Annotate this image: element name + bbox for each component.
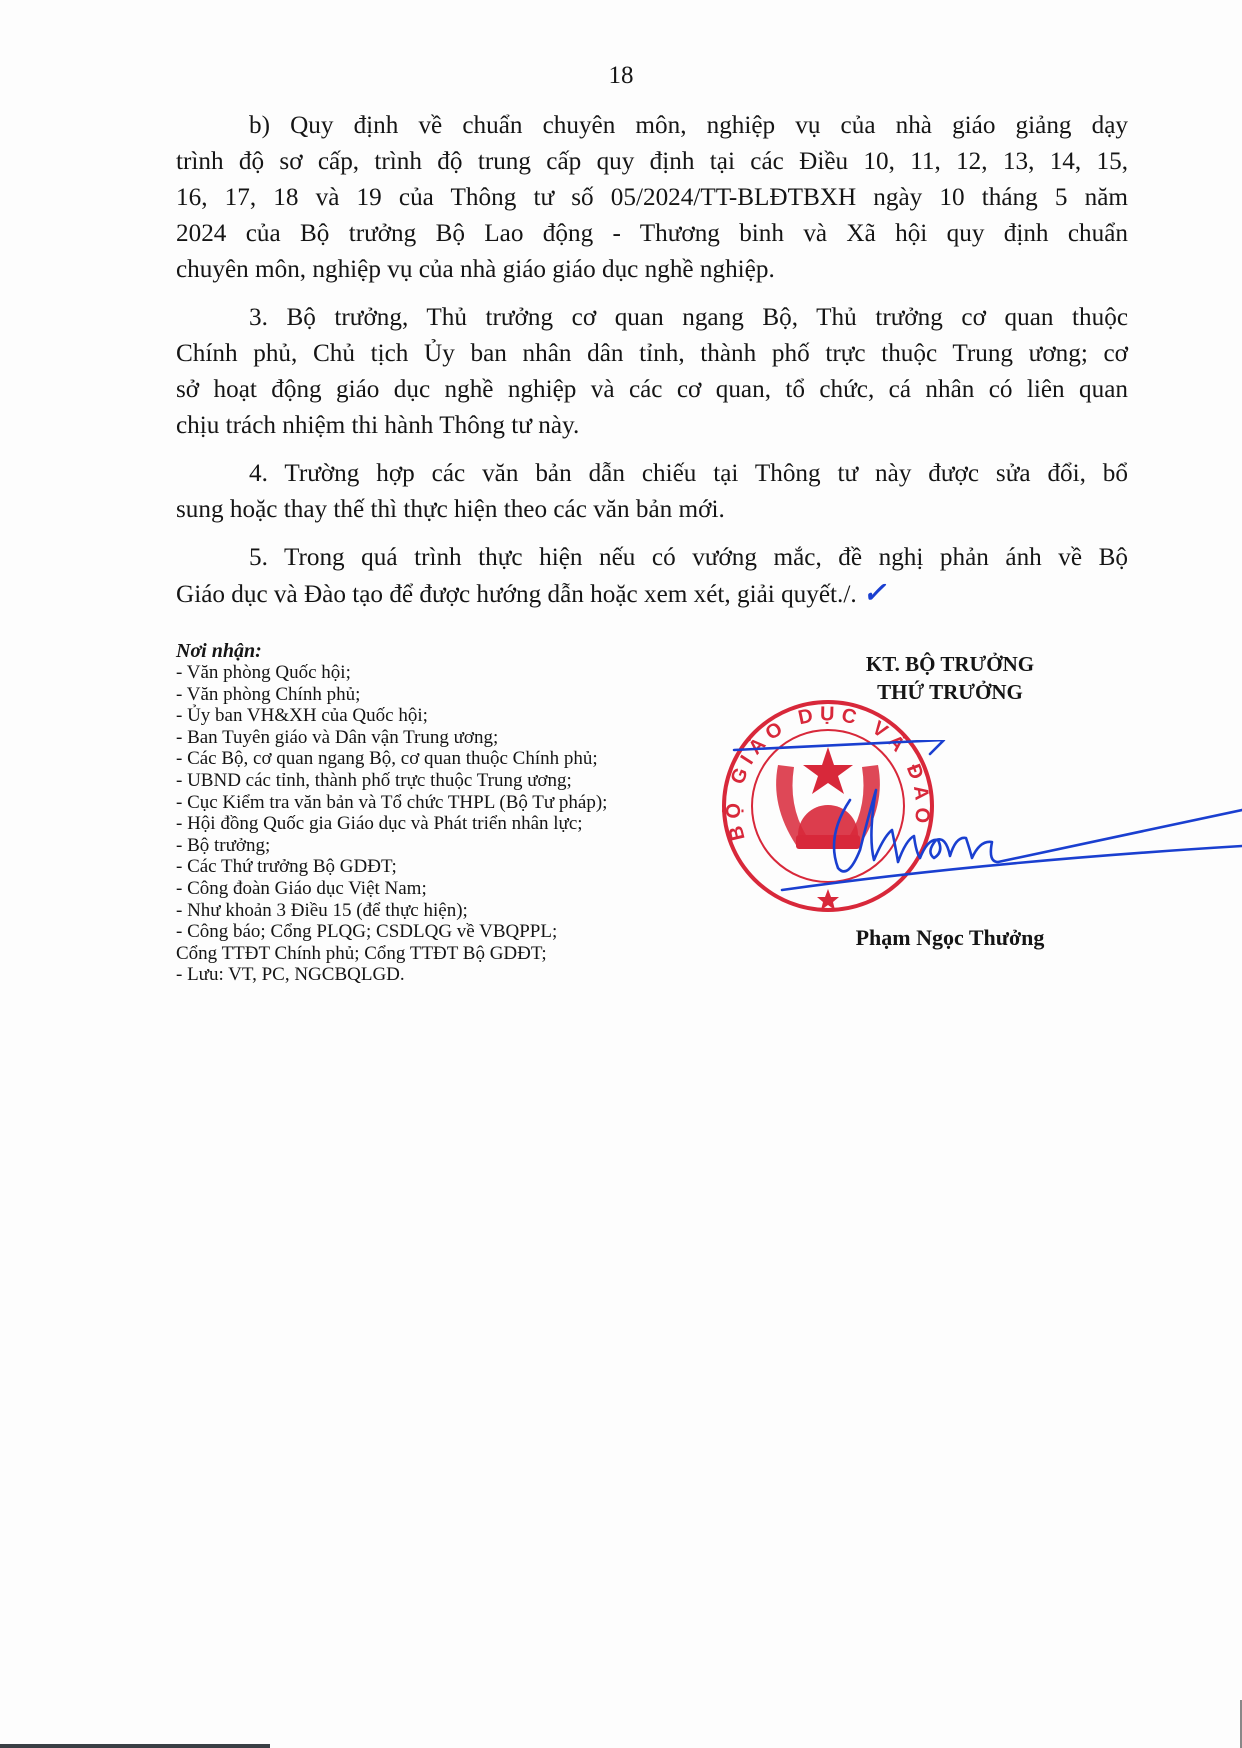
text-line: chịu trách nhiệm thi hành Thông tư này.	[176, 408, 1128, 444]
recipient-item: - Cục Kiểm tra văn bản và Tổ chức THPL (…	[176, 792, 736, 814]
text-line-content: Giáo dục và Đào tạo để được hướng dẫn ho…	[176, 581, 857, 608]
recipient-item: - Các Thứ trưởng Bộ GDĐT;	[176, 856, 736, 878]
text-line: chuyên môn, nghiệp vụ của nhà giáo giáo …	[176, 252, 1128, 288]
page-number: 18	[0, 62, 1242, 90]
recipient-item: - Các Bộ, cơ quan ngang Bộ, cơ quan thuộ…	[176, 748, 736, 770]
signature-subtitle: THỨ TRƯỞNG	[780, 678, 1120, 706]
recipient-item: - Ủy ban VH&XH của Quốc hội;	[176, 705, 736, 727]
recipient-item: - Hội đồng Quốc gia Giáo dục và Phát tri…	[176, 813, 736, 835]
text-line: 4. Trường hợp các văn bản dẫn chiếu tại …	[176, 456, 1128, 492]
paragraph-3: 3. Bộ trưởng, Thủ trưởng cơ quan ngang B…	[176, 300, 1128, 444]
text-line: 3. Bộ trưởng, Thủ trưởng cơ quan ngang B…	[176, 300, 1128, 336]
text-line: 2024 của Bộ trưởng Bộ Lao động - Thương …	[176, 216, 1128, 252]
recipient-item: - Ban Tuyên giáo và Dân vận Trung ương;	[176, 727, 736, 749]
text-line: Giáo dục và Đào tạo để được hướng dẫn ho…	[176, 576, 1128, 613]
recipients-list: Nơi nhận: - Văn phòng Quốc hội;- Văn phò…	[176, 640, 736, 986]
text-line: trình độ sơ cấp, trình độ trung cấp quy …	[176, 144, 1128, 180]
signature-title: KT. BỘ TRƯỞNG	[780, 650, 1120, 678]
paragraph-5: 5. Trong quá trình thực hiện nếu có vướn…	[176, 540, 1128, 613]
recipient-item: - Lưu: VT, PC, NGCBQLGD.	[176, 964, 736, 986]
text-line: sở hoạt động giáo dục nghề nghiệp và các…	[176, 372, 1128, 408]
checkmark-icon: ✓	[863, 578, 886, 609]
document-body: b) Quy định về chuẩn chuyên môn, nghiệp …	[176, 108, 1128, 625]
recipient-item: - Công báo; Cổng PLQG; CSDLQG về VBQPPL;	[176, 921, 736, 943]
recipients-title: Nơi nhận:	[176, 640, 736, 662]
recipient-items: - Văn phòng Quốc hội;- Văn phòng Chính p…	[176, 662, 736, 986]
recipient-item: - Công đoàn Giáo dục Việt Nam;	[176, 878, 736, 900]
recipient-item: - Như khoản 3 Điều 15 (để thực hiện);	[176, 900, 736, 922]
scan-edge-artifact	[0, 1744, 270, 1748]
recipient-item: - Văn phòng Chính phủ;	[176, 684, 736, 706]
handwritten-signature-icon	[730, 740, 1242, 900]
recipient-item: - UBND các tỉnh, thành phố trực thuộc Tr…	[176, 770, 736, 792]
paragraph-4: 4. Trường hợp các văn bản dẫn chiếu tại …	[176, 456, 1128, 528]
text-line: b) Quy định về chuẩn chuyên môn, nghiệp …	[176, 108, 1128, 144]
recipient-item: - Văn phòng Quốc hội;	[176, 662, 736, 684]
text-line: 16, 17, 18 và 19 của Thông tư số 05/2024…	[176, 180, 1128, 216]
recipient-item: Cổng TTĐT Chính phủ; Cổng TTĐT Bộ GDĐT;	[176, 943, 736, 965]
signature-block: KT. BỘ TRƯỞNG THỨ TRƯỞNG Phạm Ngọc Thưởn…	[780, 650, 1120, 706]
text-line: Chính phủ, Chủ tịch Ủy ban nhân dân tỉnh…	[176, 336, 1128, 372]
text-line: sung hoặc thay thế thì thực hiện theo cá…	[176, 492, 1128, 528]
recipient-item: - Bộ trưởng;	[176, 835, 736, 857]
text-line: 5. Trong quá trình thực hiện nếu có vướn…	[176, 540, 1128, 576]
paragraph-b: b) Quy định về chuẩn chuyên môn, nghiệp …	[176, 108, 1128, 288]
signer-name: Phạm Ngọc Thưởng	[780, 924, 1120, 952]
